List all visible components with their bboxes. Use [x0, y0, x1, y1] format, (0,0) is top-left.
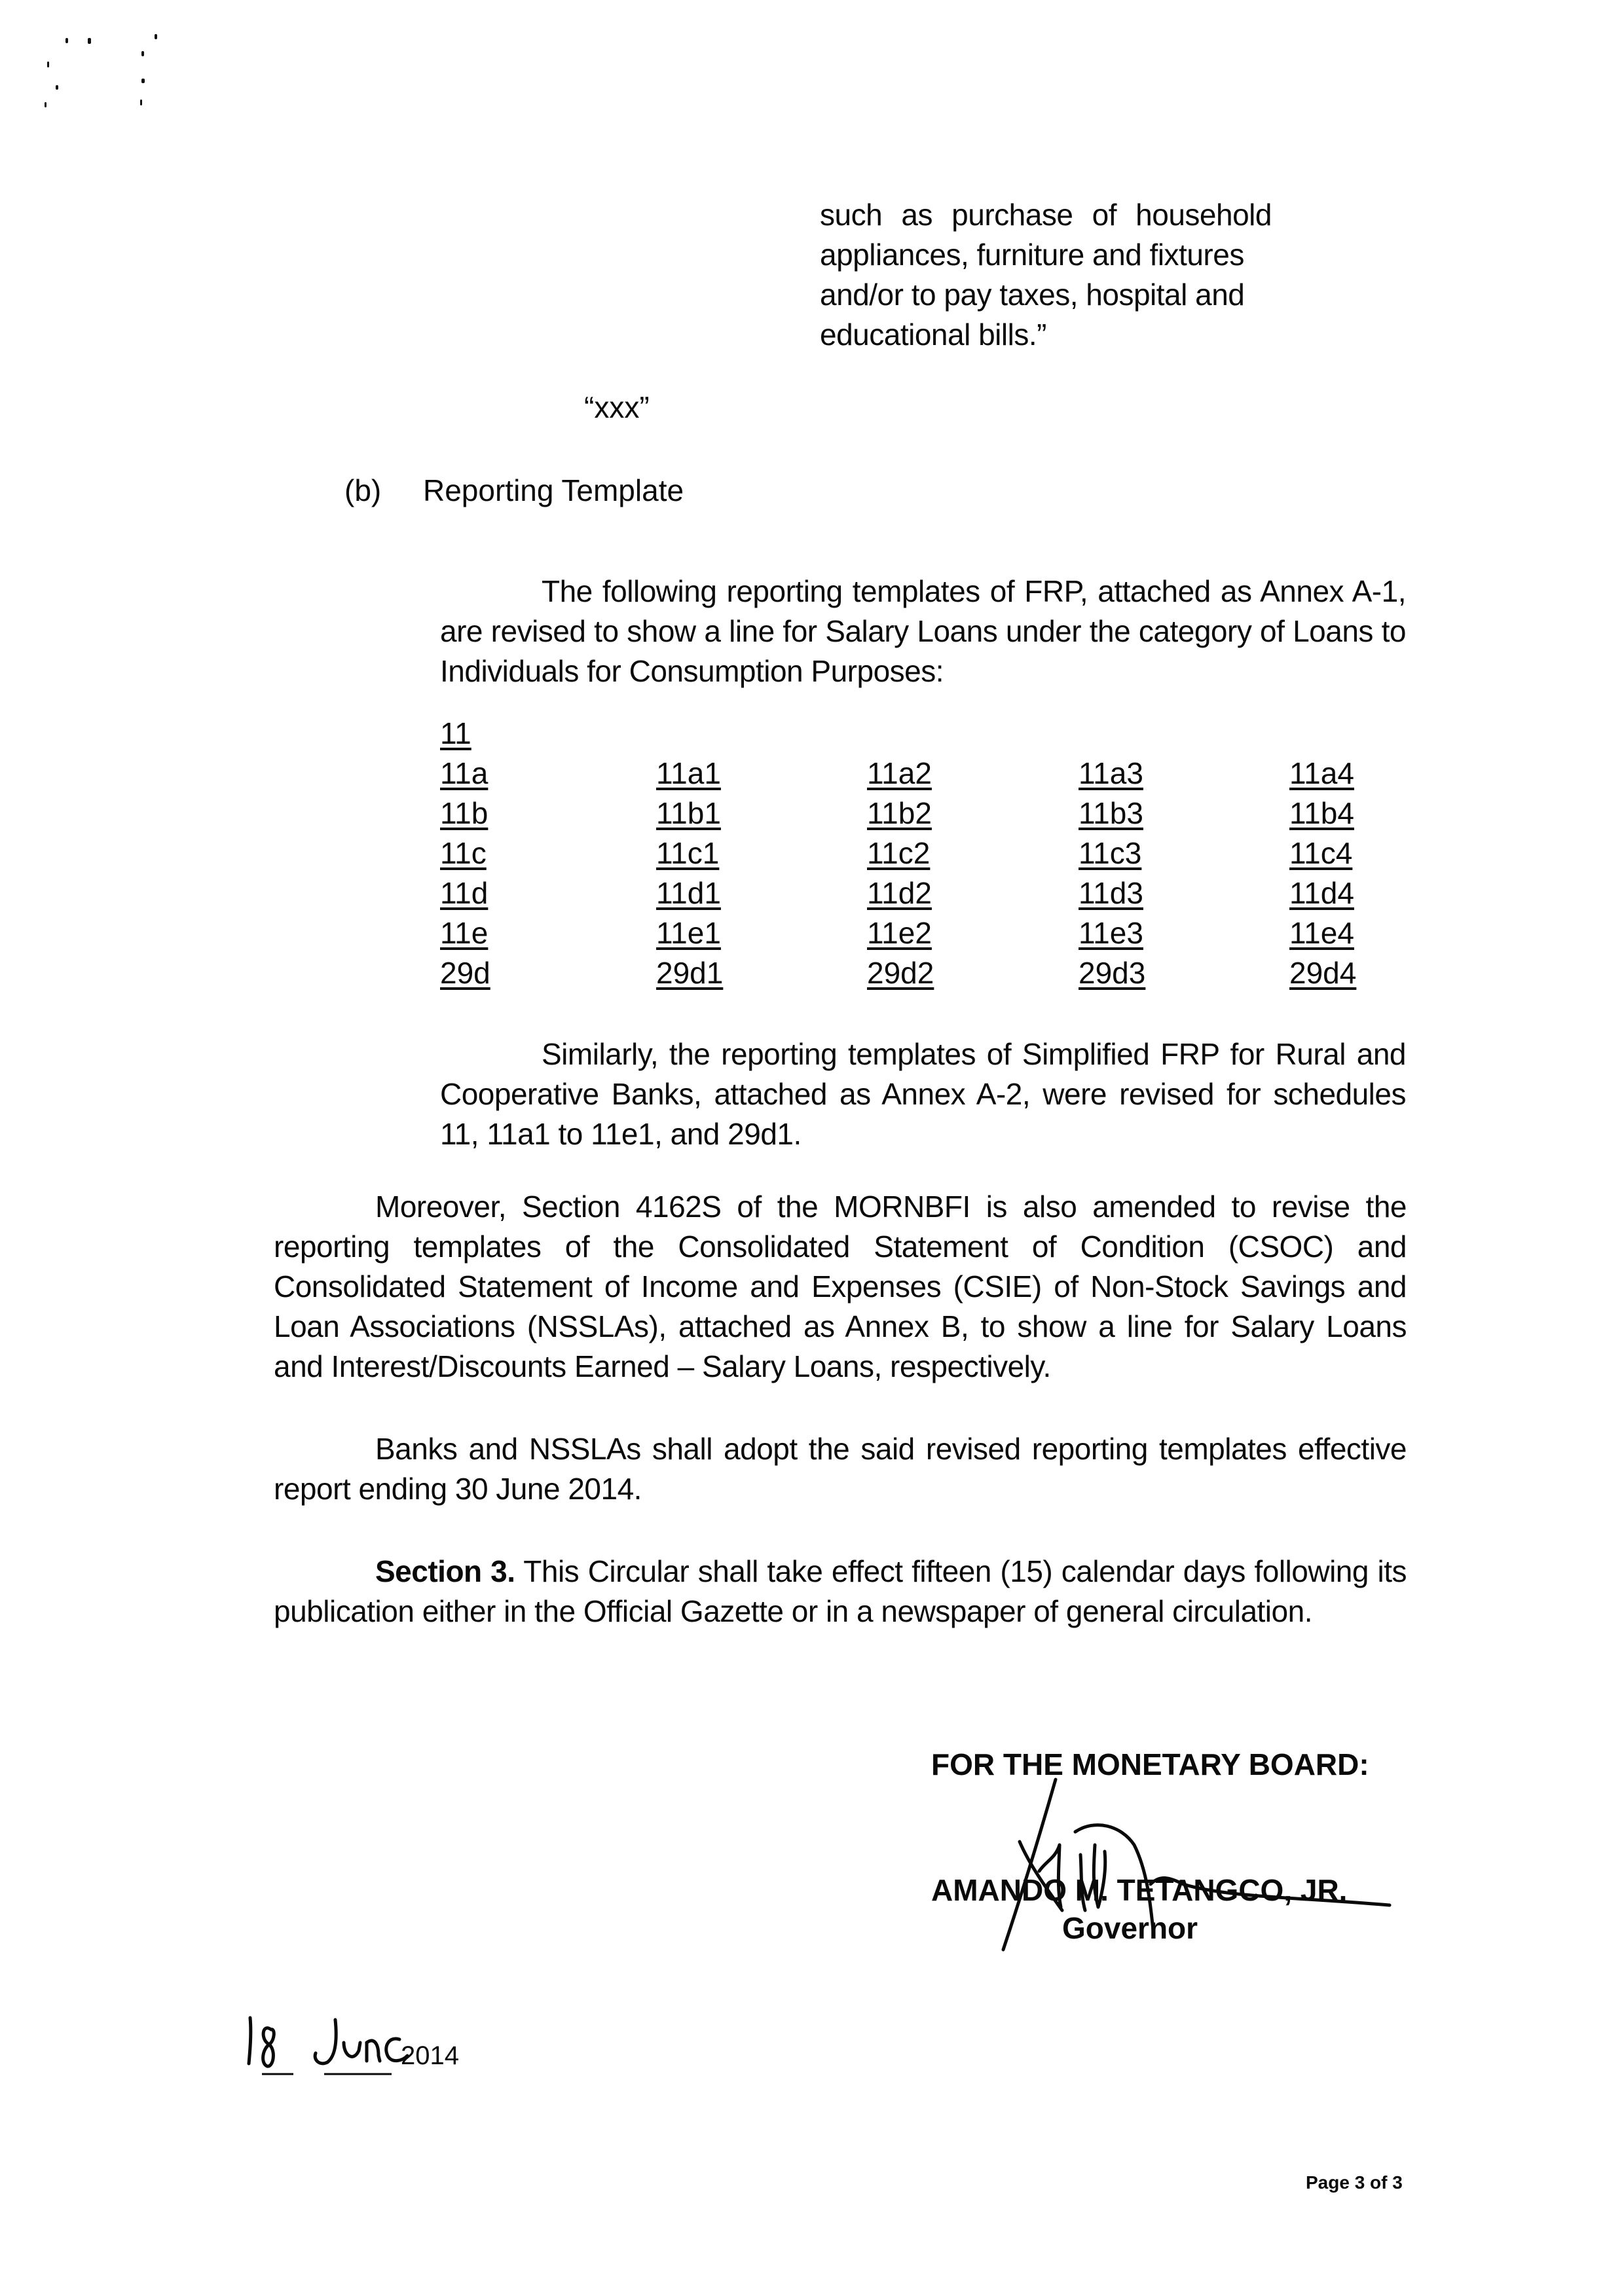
- schedule-row: 11c11c111c211c311c4: [440, 833, 1435, 873]
- schedule-code: 29d: [440, 953, 490, 993]
- schedule-row: 11: [440, 714, 1435, 754]
- schedule-code: 11c2: [867, 833, 930, 873]
- quote-line: appliances, furniture and fixtures: [820, 235, 1272, 275]
- schedule-code: 11c4: [1289, 833, 1352, 873]
- schedule-code: 29d3: [1079, 953, 1145, 993]
- schedule-code: 11e3: [1079, 913, 1143, 953]
- schedule-code: 11a4: [1289, 754, 1354, 793]
- schedule-code: 11b3: [1079, 793, 1143, 833]
- quote-line: and/or to pay taxes, hospital and: [820, 275, 1272, 315]
- signature-heading: FOR THE MONETARY BOARD:: [931, 1747, 1369, 1782]
- paragraph-mornbfi: Moreover, Section 4162S of the MORNBFI i…: [274, 1187, 1407, 1387]
- scan-speck: [47, 62, 49, 67]
- scan-speck: [88, 38, 91, 44]
- schedule-code: 11a2: [867, 754, 932, 793]
- schedule-code: 11a: [440, 754, 488, 793]
- schedule-code: 11b2: [867, 793, 932, 833]
- schedule-code: 29d4: [1289, 953, 1356, 993]
- schedule-code: 29d2: [867, 953, 934, 993]
- paragraph-adoption: Banks and NSSLAs shall adopt the said re…: [274, 1429, 1407, 1509]
- quote-line: such as purchase of household: [820, 195, 1272, 235]
- schedule-code: 29d1: [656, 953, 723, 993]
- scan-speck: [45, 102, 46, 107]
- schedule-code: 11b: [440, 793, 488, 833]
- schedule-row: 29d29d129d229d329d4: [440, 953, 1435, 993]
- schedule-code: 11c1: [656, 833, 719, 873]
- quoted-continuation: such as purchase of household appliances…: [820, 195, 1272, 355]
- subsection-heading: (b)Reporting Template: [344, 473, 684, 508]
- handwritten-date-icon: [242, 2003, 413, 2075]
- subsection-title: Reporting Template: [423, 473, 684, 507]
- subsection-label: (b): [344, 473, 423, 508]
- quote-line: educational bills.”: [820, 315, 1272, 355]
- paragraph-frp: The following reporting templates of FRP…: [440, 572, 1406, 691]
- section-3-label: Section 3.: [375, 1554, 515, 1588]
- schedule-code: 11e1: [656, 913, 721, 953]
- schedule-code: 11c3: [1079, 833, 1141, 873]
- date-year: 2014: [401, 2041, 459, 2071]
- scan-speck: [155, 34, 157, 39]
- schedule-row: 11a11a111a211a311a4: [440, 754, 1435, 793]
- schedule-code: 11d4: [1289, 873, 1354, 913]
- schedule-code: 11d1: [656, 873, 721, 913]
- schedule-code: 11b4: [1289, 793, 1354, 833]
- page-number: Page 3 of 3: [1306, 2172, 1403, 2193]
- schedule-row: 11d11d111d211d311d4: [440, 873, 1435, 913]
- signature-block: FOR THE MONETARY BOARD: AMANDO M. TETANG…: [931, 1747, 1429, 1956]
- schedule-code: 11d3: [1079, 873, 1143, 913]
- signing-date: 2014: [242, 2003, 517, 2075]
- schedule-code: 11a3: [1079, 754, 1143, 793]
- signatory-title: Governor: [1062, 1910, 1198, 1946]
- schedule-code: 11e: [440, 913, 488, 953]
- scan-speck: [65, 38, 68, 43]
- scan-speck: [56, 85, 58, 90]
- schedule-code: 11b1: [656, 793, 721, 833]
- schedule-code: 11e4: [1289, 913, 1354, 953]
- schedule-code: 11e2: [867, 913, 932, 953]
- scan-speck: [141, 79, 145, 83]
- section-3-paragraph: Section 3. This Circular shall take effe…: [274, 1552, 1407, 1631]
- schedule-code: 11: [440, 714, 471, 754]
- signatory-name: AMANDO M. TETANGCO, JR.: [931, 1872, 1347, 1908]
- schedule-row: 11b11b111b211b311b4: [440, 793, 1435, 833]
- schedule-code: 11c: [440, 833, 487, 873]
- scan-speck: [140, 100, 142, 105]
- schedule-code: 11a1: [656, 754, 721, 793]
- schedule-grid: 1111a11a111a211a311a411b11b111b211b311b4…: [440, 714, 1435, 993]
- omission-marker: “xxx”: [584, 390, 650, 425]
- schedule-row: 11e11e111e211e311e4: [440, 913, 1435, 953]
- paragraph-simplified-frp: Similarly, the reporting templates of Si…: [440, 1034, 1406, 1154]
- scan-speck: [141, 51, 144, 56]
- schedule-code: 11d: [440, 873, 488, 913]
- schedule-code: 11d2: [867, 873, 932, 913]
